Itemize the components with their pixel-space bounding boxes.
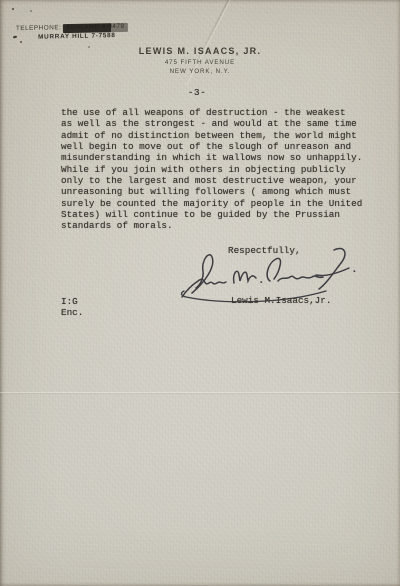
typist-initials: I:G <box>61 296 78 307</box>
page-number: -3- <box>0 87 394 98</box>
paper-crease <box>0 392 400 393</box>
letterhead-name: LEWIS M. ISAACS, JR. <box>0 46 400 56</box>
telephone-stamp: TELEPHONE: ASHLAND 4-0479 MURRAY HILL 7-… <box>16 23 127 42</box>
typed-signature-name: Lewis M.Isaacs,Jr. <box>231 295 331 306</box>
paper-speck <box>30 10 32 12</box>
paper-speck <box>12 8 14 10</box>
telephone-label: TELEPHONE: <box>16 24 62 32</box>
letterhead-address-line1: 475 FIFTH AVENUE <box>0 59 400 66</box>
valediction: Respectfully, <box>228 245 301 256</box>
telephone-old-number: ASHLAND 4-0479 <box>64 23 127 33</box>
letterhead-address-line2: NEW YORK, N.Y. <box>0 68 400 75</box>
letter-page: TELEPHONE: ASHLAND 4-0479 MURRAY HILL 7-… <box>0 0 400 586</box>
letter-body: the use of all weapons of destruction - … <box>61 107 373 232</box>
letterhead: LEWIS M. ISAACS, JR. 475 FIFTH AVENUE NE… <box>0 46 400 75</box>
enclosure-notation: Enc. <box>61 307 83 318</box>
